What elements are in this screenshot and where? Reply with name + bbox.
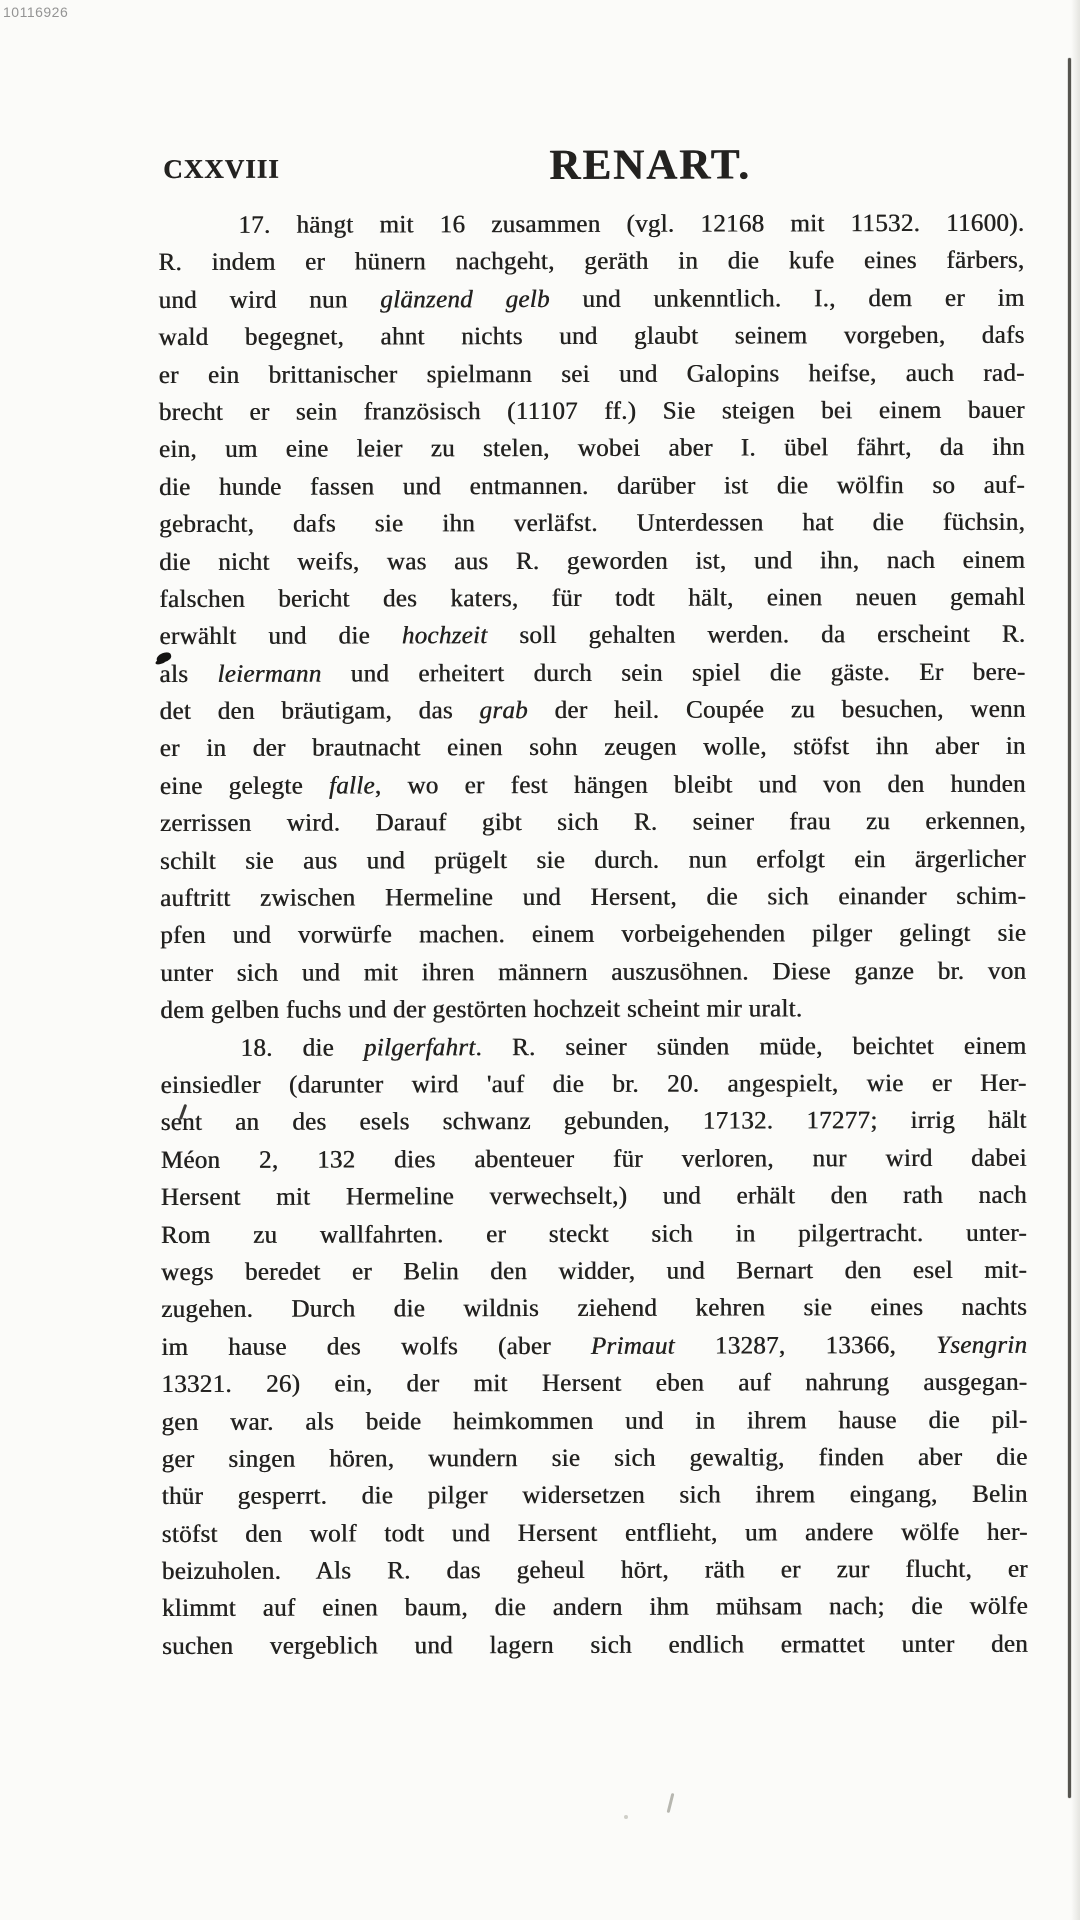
text-line: die nicht weifs, was aus R. geworden ist… [159,541,1025,581]
text-segment: er ein brittanischer spielmann sei und G… [159,359,1025,388]
bottom-dot-artifact [624,1815,628,1819]
text-line: gen war. als beide heimkommen und in ihr… [161,1401,1027,1441]
text-segment: als [159,661,217,688]
text-line: unter sich und mit ihren männern auszusö… [160,953,1026,993]
text-line: suchen vergeblich und lagern sich endlic… [162,1626,1028,1666]
text-segment: wald begegnet, ahnt nichts und glaubt se… [158,322,1024,351]
text-line: thür gesperrt. die pilger widersetzen si… [162,1476,1028,1516]
binding-line-artifact [1068,58,1071,1798]
text-line: auftritt zwischen Hermeline und Hersent,… [160,878,1026,918]
text-segment: 18. die [240,1034,363,1061]
text-segment: eine gelegte [160,772,329,799]
text-segment: sent an des esels schwanz gebunden, 1713… [161,1107,1027,1136]
text-line: er in der brautnacht einen sohn zeugen w… [160,728,1026,768]
text-segment: zerrissen wird. Darauf gibt sich R. sein… [160,808,1026,837]
italic-text-segment: pilgerfahrt [364,1034,476,1061]
text-line: R. indem er hünern nachgeht, geräth in d… [158,242,1024,282]
text-segment: Méon 2, 132 dies abenteuer für verloren,… [161,1144,1027,1173]
text-line: wegs beredet er Belin den widder, und Be… [161,1252,1027,1292]
text-segment: ger singen hören, wundern sie sich gewal… [161,1444,1027,1473]
text-line: pfen und vorwürfe machen. einem vorbeige… [160,915,1026,955]
text-segment: einsiedler (darunter wird 'auf die br. 2… [160,1070,1026,1099]
text-segment: 13321. 26) ein, der mit Hersent eben auf… [161,1369,1027,1398]
text-segment: 13287, 13366, [675,1332,936,1360]
text-segment: auftritt zwischen Hermeline und Hersent,… [160,883,1026,912]
text-line: im hause des wolfs (aber Primaut 13287, … [161,1326,1027,1366]
text-segment: die hunde fassen und entmannen. darüber … [159,471,1025,500]
text-segment: und unkenntlich. I., dem er im [550,285,1025,313]
text-segment: wegs beredet er Belin den widder, und Be… [161,1257,1027,1286]
text-line: beizuholen. Als R. das geheul hört, räth… [162,1551,1028,1591]
text-segment: falschen bericht des katers, für todt hä… [159,584,1025,613]
text-line: und wird nun glänzend gelb und unkenntli… [158,280,1024,320]
text-segment: R. indem er hünern nachgeht, geräth in d… [158,247,1024,276]
text-line: Méon 2, 132 dies abenteuer für verloren,… [161,1139,1027,1179]
text-segment: brecht er sein französisch (11107 ff.) S… [159,397,1025,426]
text-segment: suchen vergeblich und lagern sich endlic… [162,1631,1028,1660]
text-line: klimmt auf einen baum, die andern ihm mü… [162,1588,1028,1628]
italic-text-segment: hochzeit [402,622,488,649]
text-segment: die nicht weifs, was aus R. geworden ist… [159,546,1025,575]
text-segment: klimmt auf einen baum, die andern ihm mü… [162,1593,1028,1622]
text-line: 18. die pilgerfahrt. R. seiner sünden mü… [160,1027,1026,1067]
text-segment: er in der brautnacht einen sohn zeugen w… [160,733,1026,762]
text-line: falschen bericht des katers, für todt hä… [159,579,1025,619]
italic-text-segment: falle [329,772,375,799]
italic-text-segment: Primaut [591,1332,675,1359]
text-segment: und erheitert durch sein spiel die gäste… [321,658,1025,687]
text-line: dem gelben fuchs und der gestörten hochz… [160,990,1026,1030]
text-segment: Hersent mit Hermeline verwechselt,) und … [161,1182,1027,1211]
text-line: zugehen. Durch die wildnis ziehend kehre… [161,1289,1027,1329]
text-line: brecht er sein französisch (11107 ff.) S… [159,392,1025,432]
text-line: zerrissen wird. Darauf gibt sich R. sein… [160,803,1026,843]
text-segment: der heil. Coupée zu besuchen, wenn [528,696,1026,724]
text-segment: det den bräutigam, das [159,697,479,725]
text-segment: im hause des wolfs (aber [161,1333,591,1361]
text-segment: gebracht, dafs sie ihn verläfst. Unterde… [159,509,1025,538]
text-segment: . R. seiner sünden müde, beichtet einem [475,1032,1026,1060]
text-line: eine gelegte falle, wo er fest hängen bl… [160,766,1026,806]
text-segment: schilt sie aus und prügelt sie durch. nu… [160,845,1026,874]
text-segment: Rom zu wallfahrten. er steckt sich in pi… [161,1219,1027,1248]
text-line: erwählt und die hochzeit soll gehalten w… [159,616,1025,656]
text-line: 13321. 26) ein, der mit Hersent eben auf… [161,1364,1027,1404]
text-line: Rom zu wallfahrten. er steckt sich in pi… [161,1214,1027,1254]
scan-edge-shadow [1071,0,1080,1920]
text-segment: beizuholen. Als R. das geheul hört, räth… [162,1556,1028,1585]
text-segment: ein, um eine leier zu stelen, wobei aber… [159,434,1025,463]
text-line: Hersent mit Hermeline verwechselt,) und … [161,1177,1027,1217]
text-segment: , wo er fest hängen bleibt und von den h… [375,771,1026,800]
text-segment: stöfst den wolf todt und Hersent entflie… [162,1518,1028,1547]
page-number: CXXVIII [163,154,280,185]
text-line: als leiermann und erheitert durch sein s… [159,653,1025,693]
page-title: RENART. [549,140,751,190]
italic-text-segment: leiermann [217,660,321,687]
text-line: schilt sie aus und prügelt sie durch. nu… [160,840,1026,880]
text-line: wald begegnet, ahnt nichts und glaubt se… [158,317,1024,357]
text-line: die hunde fassen und entmannen. darüber … [159,466,1025,506]
page-content: CXXVIII RENART. 17. hängt mit 16 zusamme… [0,0,1080,1920]
text-segment: soll gehalten werden. da erscheint R. [487,621,1025,649]
text-line: 17. hängt mit 16 zusammen (vgl. 12168 mi… [158,205,1024,245]
text-segment: dem gelben fuchs und der gestörten hochz… [160,996,802,1025]
text-line: det den bräutigam, das grab der heil. Co… [159,691,1025,731]
text-line: sent an des esels schwanz gebunden, 1713… [161,1102,1027,1142]
text-line: einsiedler (darunter wird 'auf die br. 2… [160,1065,1026,1105]
italic-text-segment: Ysengrin [936,1331,1027,1358]
text-segment: erwählt und die [159,623,401,651]
text-segment: zugehen. Durch die wildnis ziehend kehre… [161,1294,1027,1323]
scanned-book-page: 10116926 CXXVIII RENART. 17. hängt mit 1… [0,0,1080,1920]
text-line: ein, um eine leier zu stelen, wobei aber… [159,429,1025,469]
text-line: er ein brittanischer spielmann sei und G… [159,354,1025,394]
text-segment: 17. hängt mit 16 zusammen (vgl. 12168 mi… [238,210,1024,239]
italic-text-segment: grab [479,697,528,724]
italic-text-segment: glänzend gelb [380,286,550,313]
text-line: ger singen hören, wundern sie sich gewal… [161,1439,1027,1479]
text-line: gebracht, dafs sie ihn verläfst. Unterde… [159,504,1025,544]
text-segment: und wird nun [158,286,380,314]
text-segment: gen war. als beide heimkommen und in ihr… [161,1406,1027,1435]
text-block: 17. hängt mit 16 zusammen (vgl. 12168 mi… [158,205,1028,1665]
text-line: stöfst den wolf todt und Hersent entflie… [162,1513,1028,1553]
text-segment: unter sich und mit ihren männern auszusö… [160,958,1026,987]
text-segment: pfen und vorwürfe machen. einem vorbeige… [160,920,1026,949]
text-segment: thür gesperrt. die pilger widersetzen si… [162,1481,1028,1510]
